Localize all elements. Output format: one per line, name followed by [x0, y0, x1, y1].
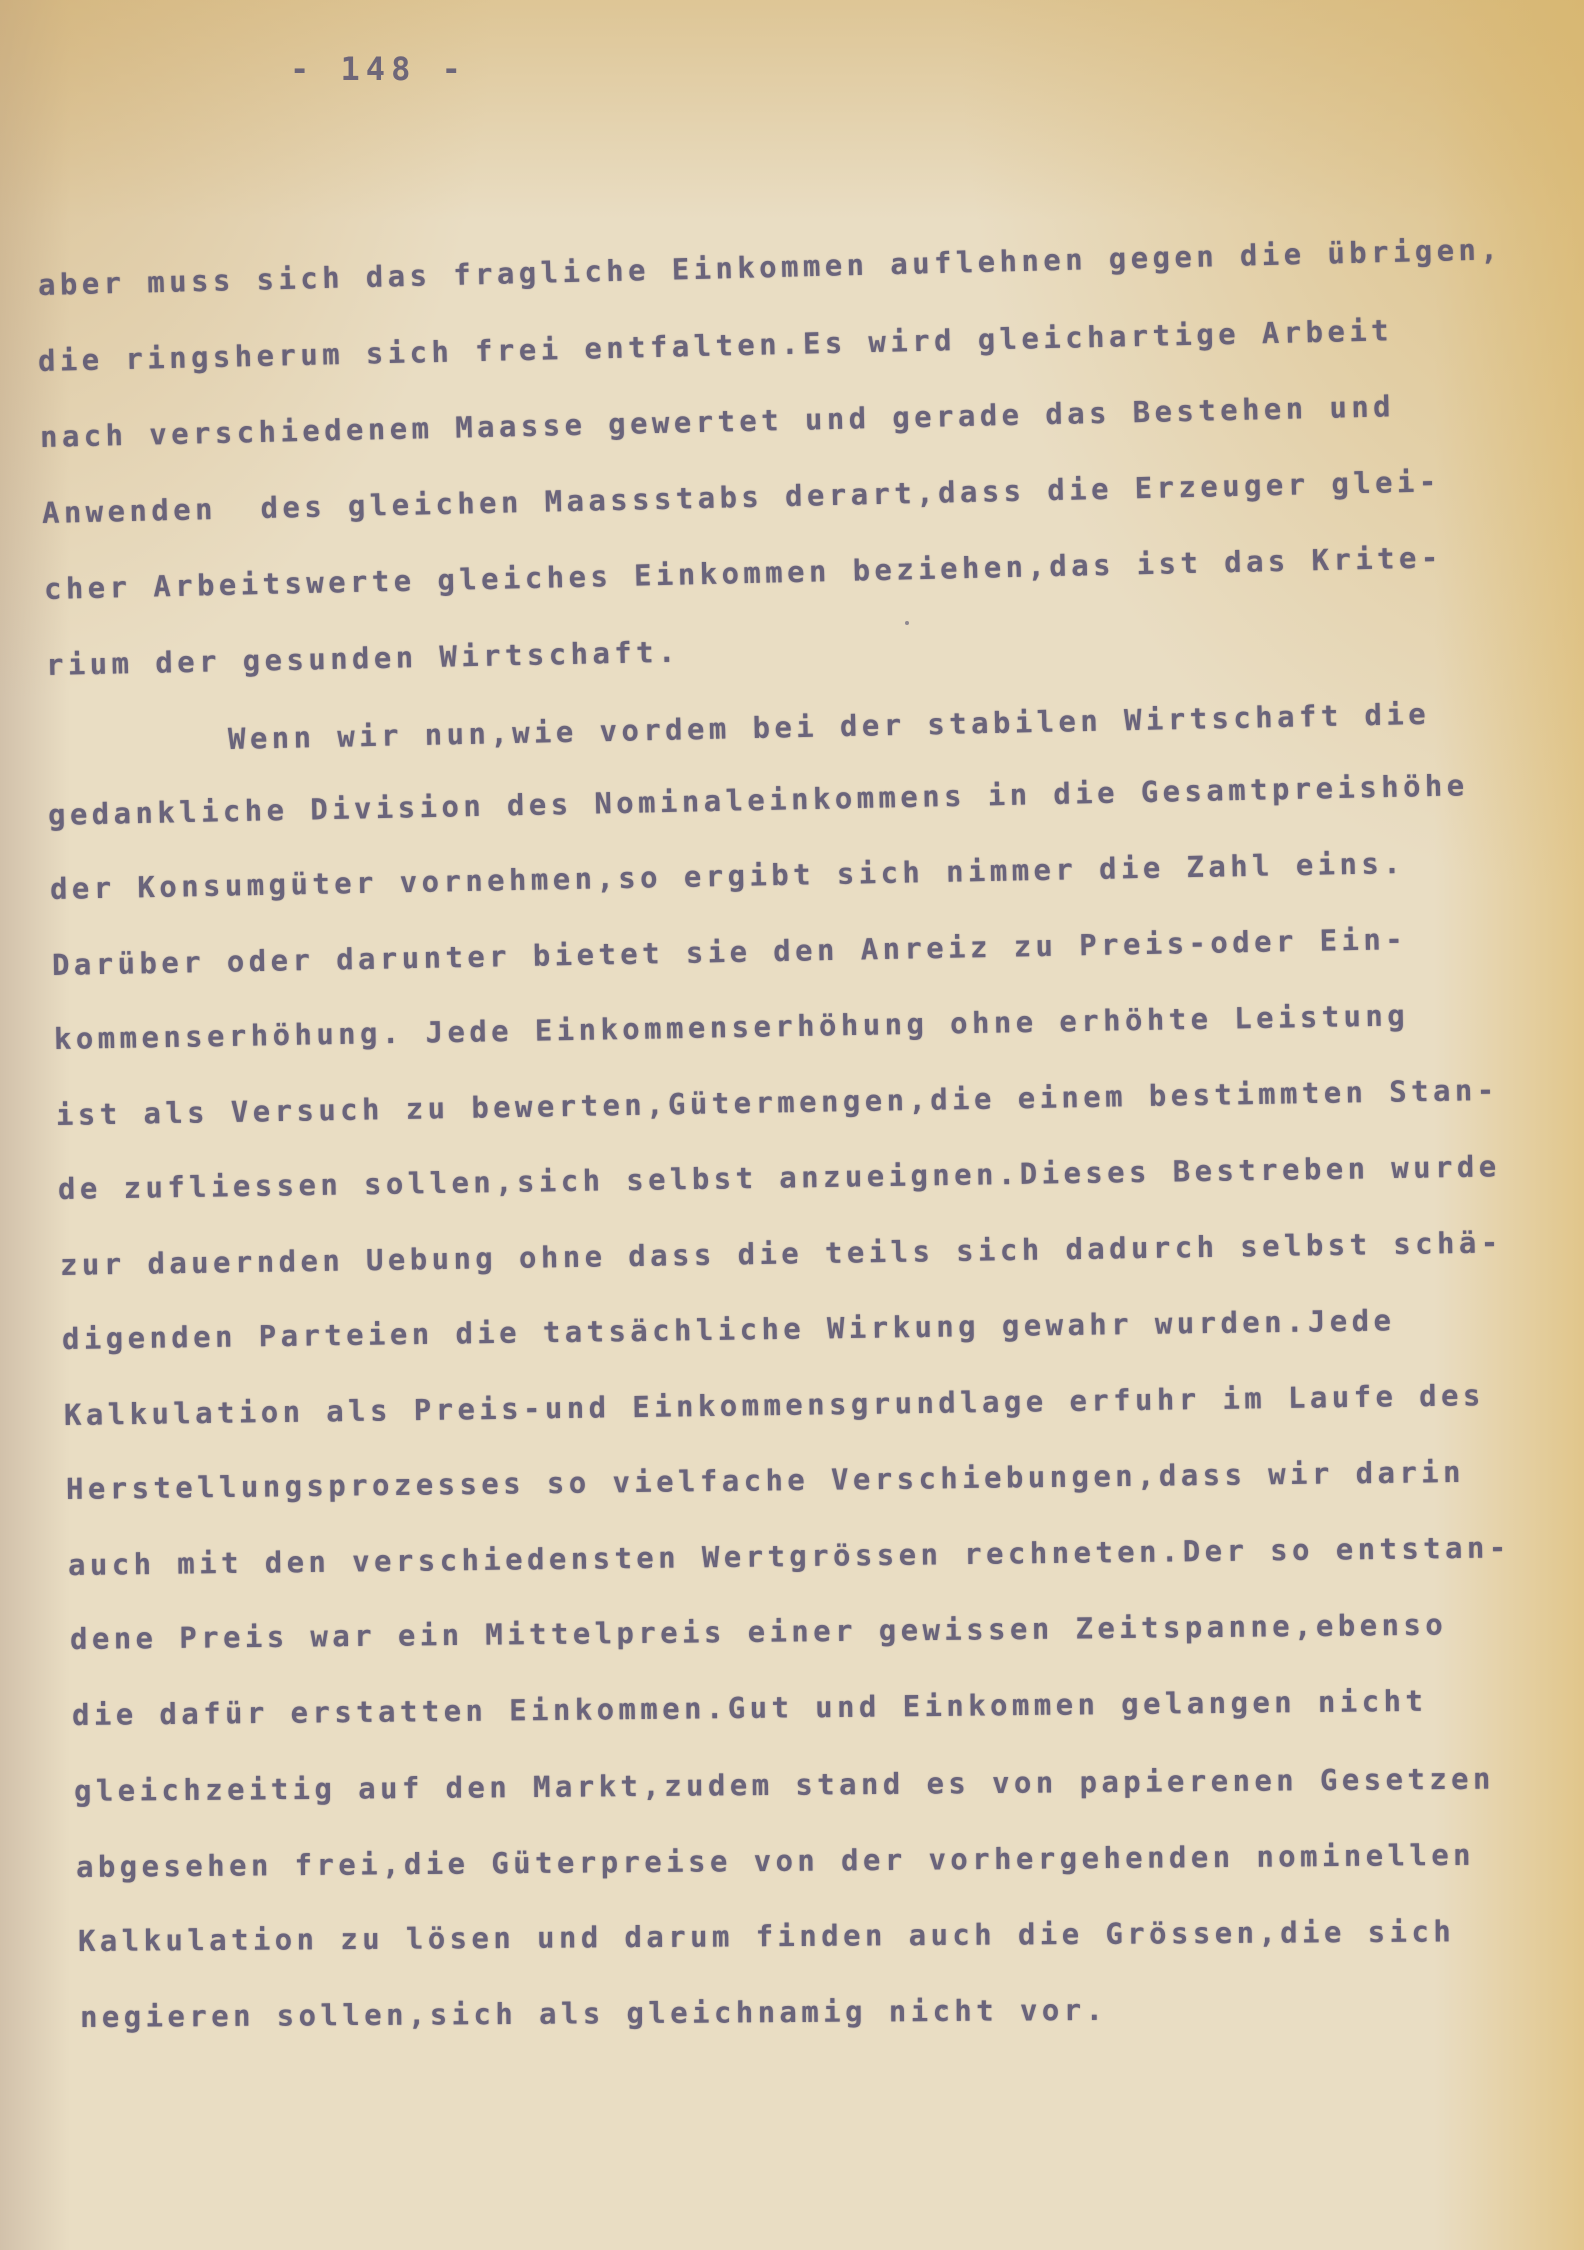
text-line: die ringsherum sich frei entfalten.Es wi… [38, 313, 1394, 378]
text-line paragraph-start: Wenn wir nun,wie vordem bei der stabilen… [228, 697, 1431, 756]
text-line: dene Preis war ein Mittelpreis einer gew… [70, 1608, 1447, 1656]
text-line: Kalkulation als Preis-und Einkommensgrun… [64, 1378, 1485, 1432]
speck [942, 2006, 946, 2010]
text-line: de zufliessen sollen,sich selbst anzueig… [58, 1149, 1501, 1206]
text-line: gedankliche Division des Nominaleinkomme… [48, 768, 1469, 832]
text-line: gleichzeitig auf den Markt,zudem stand e… [74, 1762, 1495, 1808]
speck [905, 621, 909, 625]
text-line: rium der gesunden Wirtschaft. [46, 635, 681, 682]
text-line: Herstellungsprozesses so vielfache Versc… [66, 1455, 1465, 1506]
text-line: die dafür erstatten Einkommen.Gut und Ei… [72, 1684, 1428, 1732]
text-line: auch mit den verschiedensten Wertgrössen… [68, 1530, 1511, 1582]
text-line: cher Arbeitswerte gleiches Einkommen bez… [44, 540, 1443, 606]
text-line: Darüber oder darunter bietet sie den Anr… [52, 922, 1408, 982]
text-line: nach verschiedenem Maasse gewertet und g… [40, 389, 1396, 454]
page-number: - 148 - [290, 50, 467, 88]
text-line: zur dauernden Uebung ohne dass die teils… [60, 1225, 1503, 1282]
text-line: digenden Parteien die tatsächliche Wirku… [62, 1303, 1396, 1356]
text-line: Kalkulation zu lösen und darum finden au… [78, 1914, 1455, 1958]
text-line: Anwenden des gleichen Maassstabs derart,… [42, 464, 1441, 530]
text-line: der Konsumgüter vornehmen,so ergibt sich… [50, 846, 1406, 906]
text-line: aber muss sich das fragliche Einkommen a… [38, 232, 1503, 302]
text-line: negieren sollen,sich als gleichnamig nic… [80, 1993, 1108, 2034]
text-line: ist als Versuch zu bewerten,Gütermengen,… [56, 1073, 1499, 1132]
text-line: kommenserhöhung. Jede Einkommenserhöhung… [54, 998, 1410, 1056]
text-line: abgesehen frei,die Güterpreise von der v… [76, 1838, 1475, 1884]
document-page: - 148 - aber muss sich das fragliche Ein… [0, 0, 1584, 2250]
